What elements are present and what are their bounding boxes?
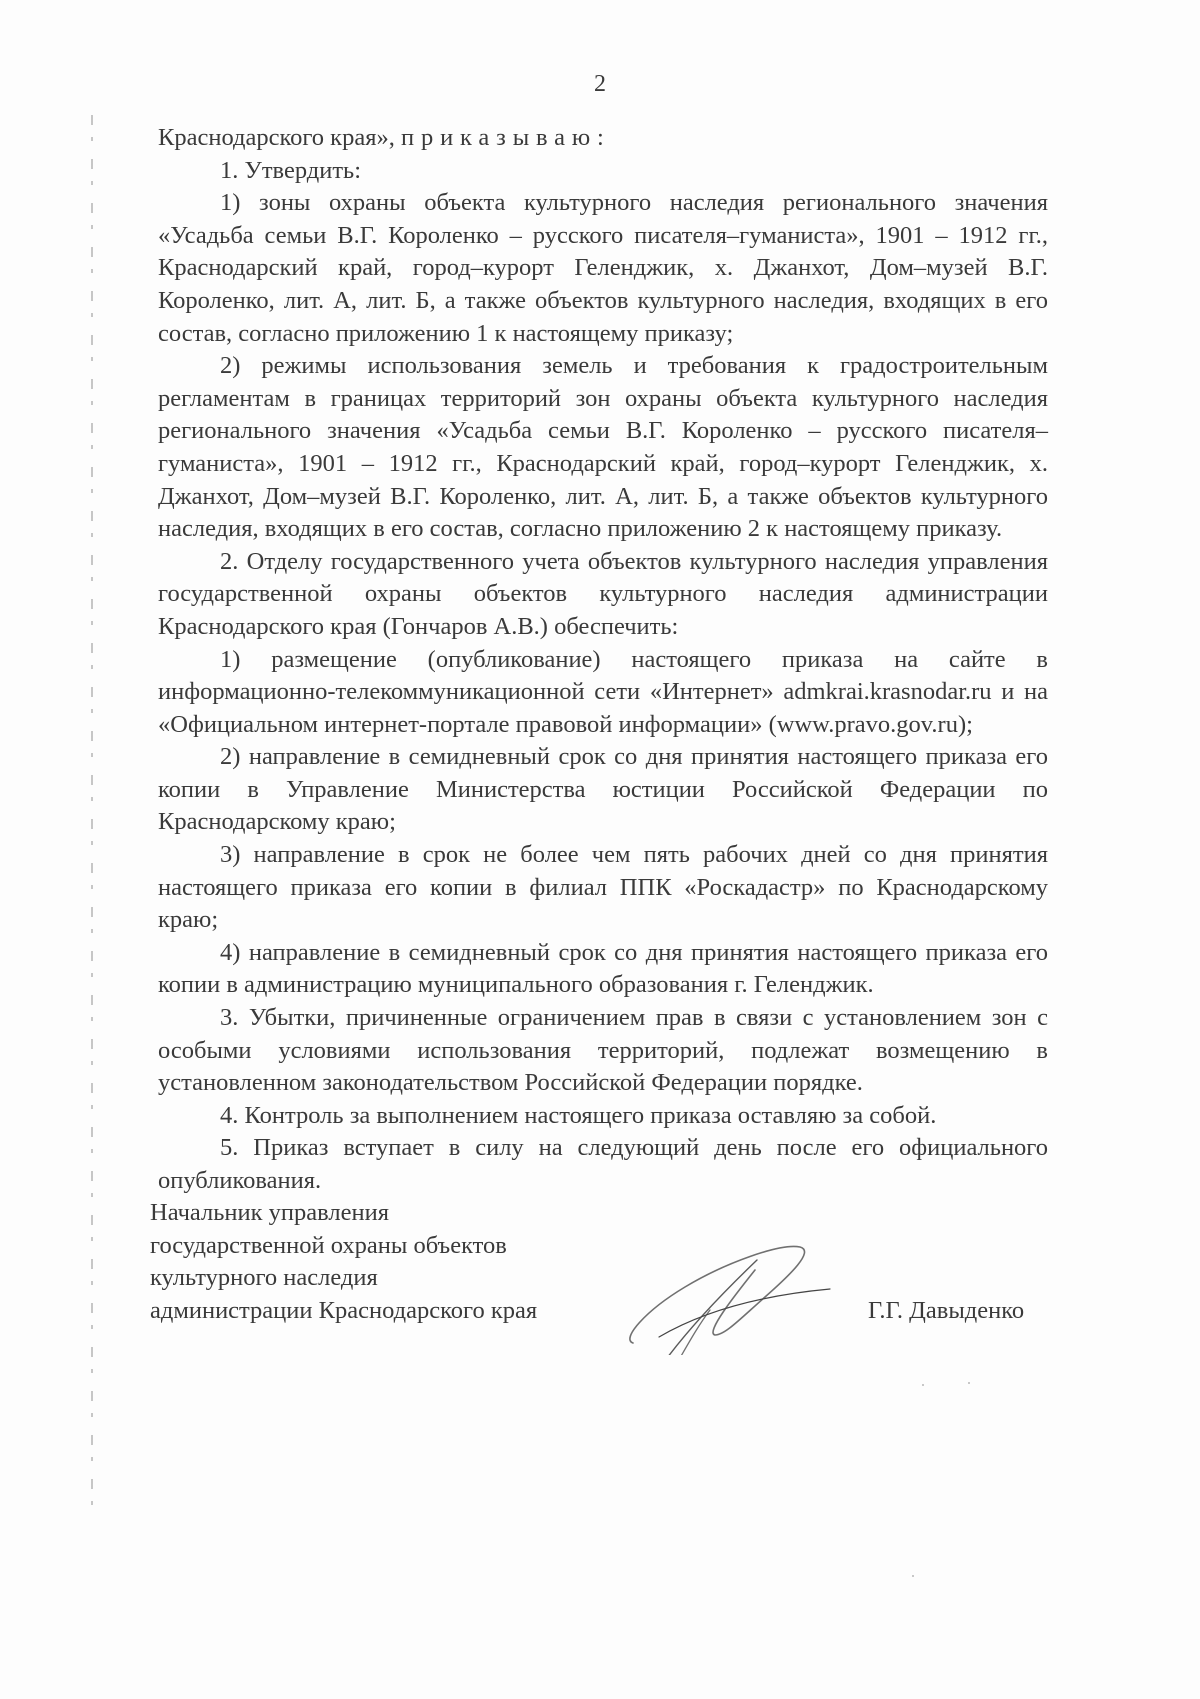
clause-2-item-3: 3) направление в срок не более чем пять … xyxy=(158,839,1048,937)
clause-2-item-2: 2) направление в семидневный срок со дня… xyxy=(158,741,1048,839)
clause-4: 4. Контроль за выполнением настоящего пр… xyxy=(158,1100,1048,1133)
order-body: Краснодарского края», приказываю: 1. Утв… xyxy=(158,122,1048,1198)
clause-2-item-1: 1) размещение (опубликование) настоящего… xyxy=(158,644,1048,742)
scan-speck xyxy=(922,1384,924,1386)
document-page: 2 Краснодарского края», приказываю: 1. У… xyxy=(0,0,1200,1699)
clause-2-heading: 2. Отделу государственного учета объекто… xyxy=(158,546,1048,644)
signature-block: Начальник управления государственной охр… xyxy=(150,1197,1050,1377)
scan-margin-marks xyxy=(91,115,93,1505)
scan-speck xyxy=(912,1575,914,1577)
clause-1-item-1: 1) зоны охраны объекта культурного насле… xyxy=(158,187,1048,350)
page-number: 2 xyxy=(0,70,1200,98)
signer-title: Начальник управления государственной охр… xyxy=(150,1197,537,1327)
clause-5: 5. Приказ вступает в силу на следующий д… xyxy=(158,1132,1048,1197)
clause-1-item-2: 2) режимы использования земель и требова… xyxy=(158,350,1048,546)
order-verb: приказываю xyxy=(401,124,597,151)
signer-name: Г.Г. Давыденко xyxy=(868,1295,1024,1328)
clause-2-item-4: 4) направление в семидневный срок со дня… xyxy=(158,937,1048,1002)
scan-speck xyxy=(968,1382,970,1384)
clause-1-heading: 1. Утвердить: xyxy=(158,155,1048,188)
handwritten-signature-icon xyxy=(615,1225,835,1355)
clause-3: 3. Убытки, причиненные ограничением прав… xyxy=(158,1002,1048,1100)
intro-line: Краснодарского края», приказываю: xyxy=(158,122,1048,155)
